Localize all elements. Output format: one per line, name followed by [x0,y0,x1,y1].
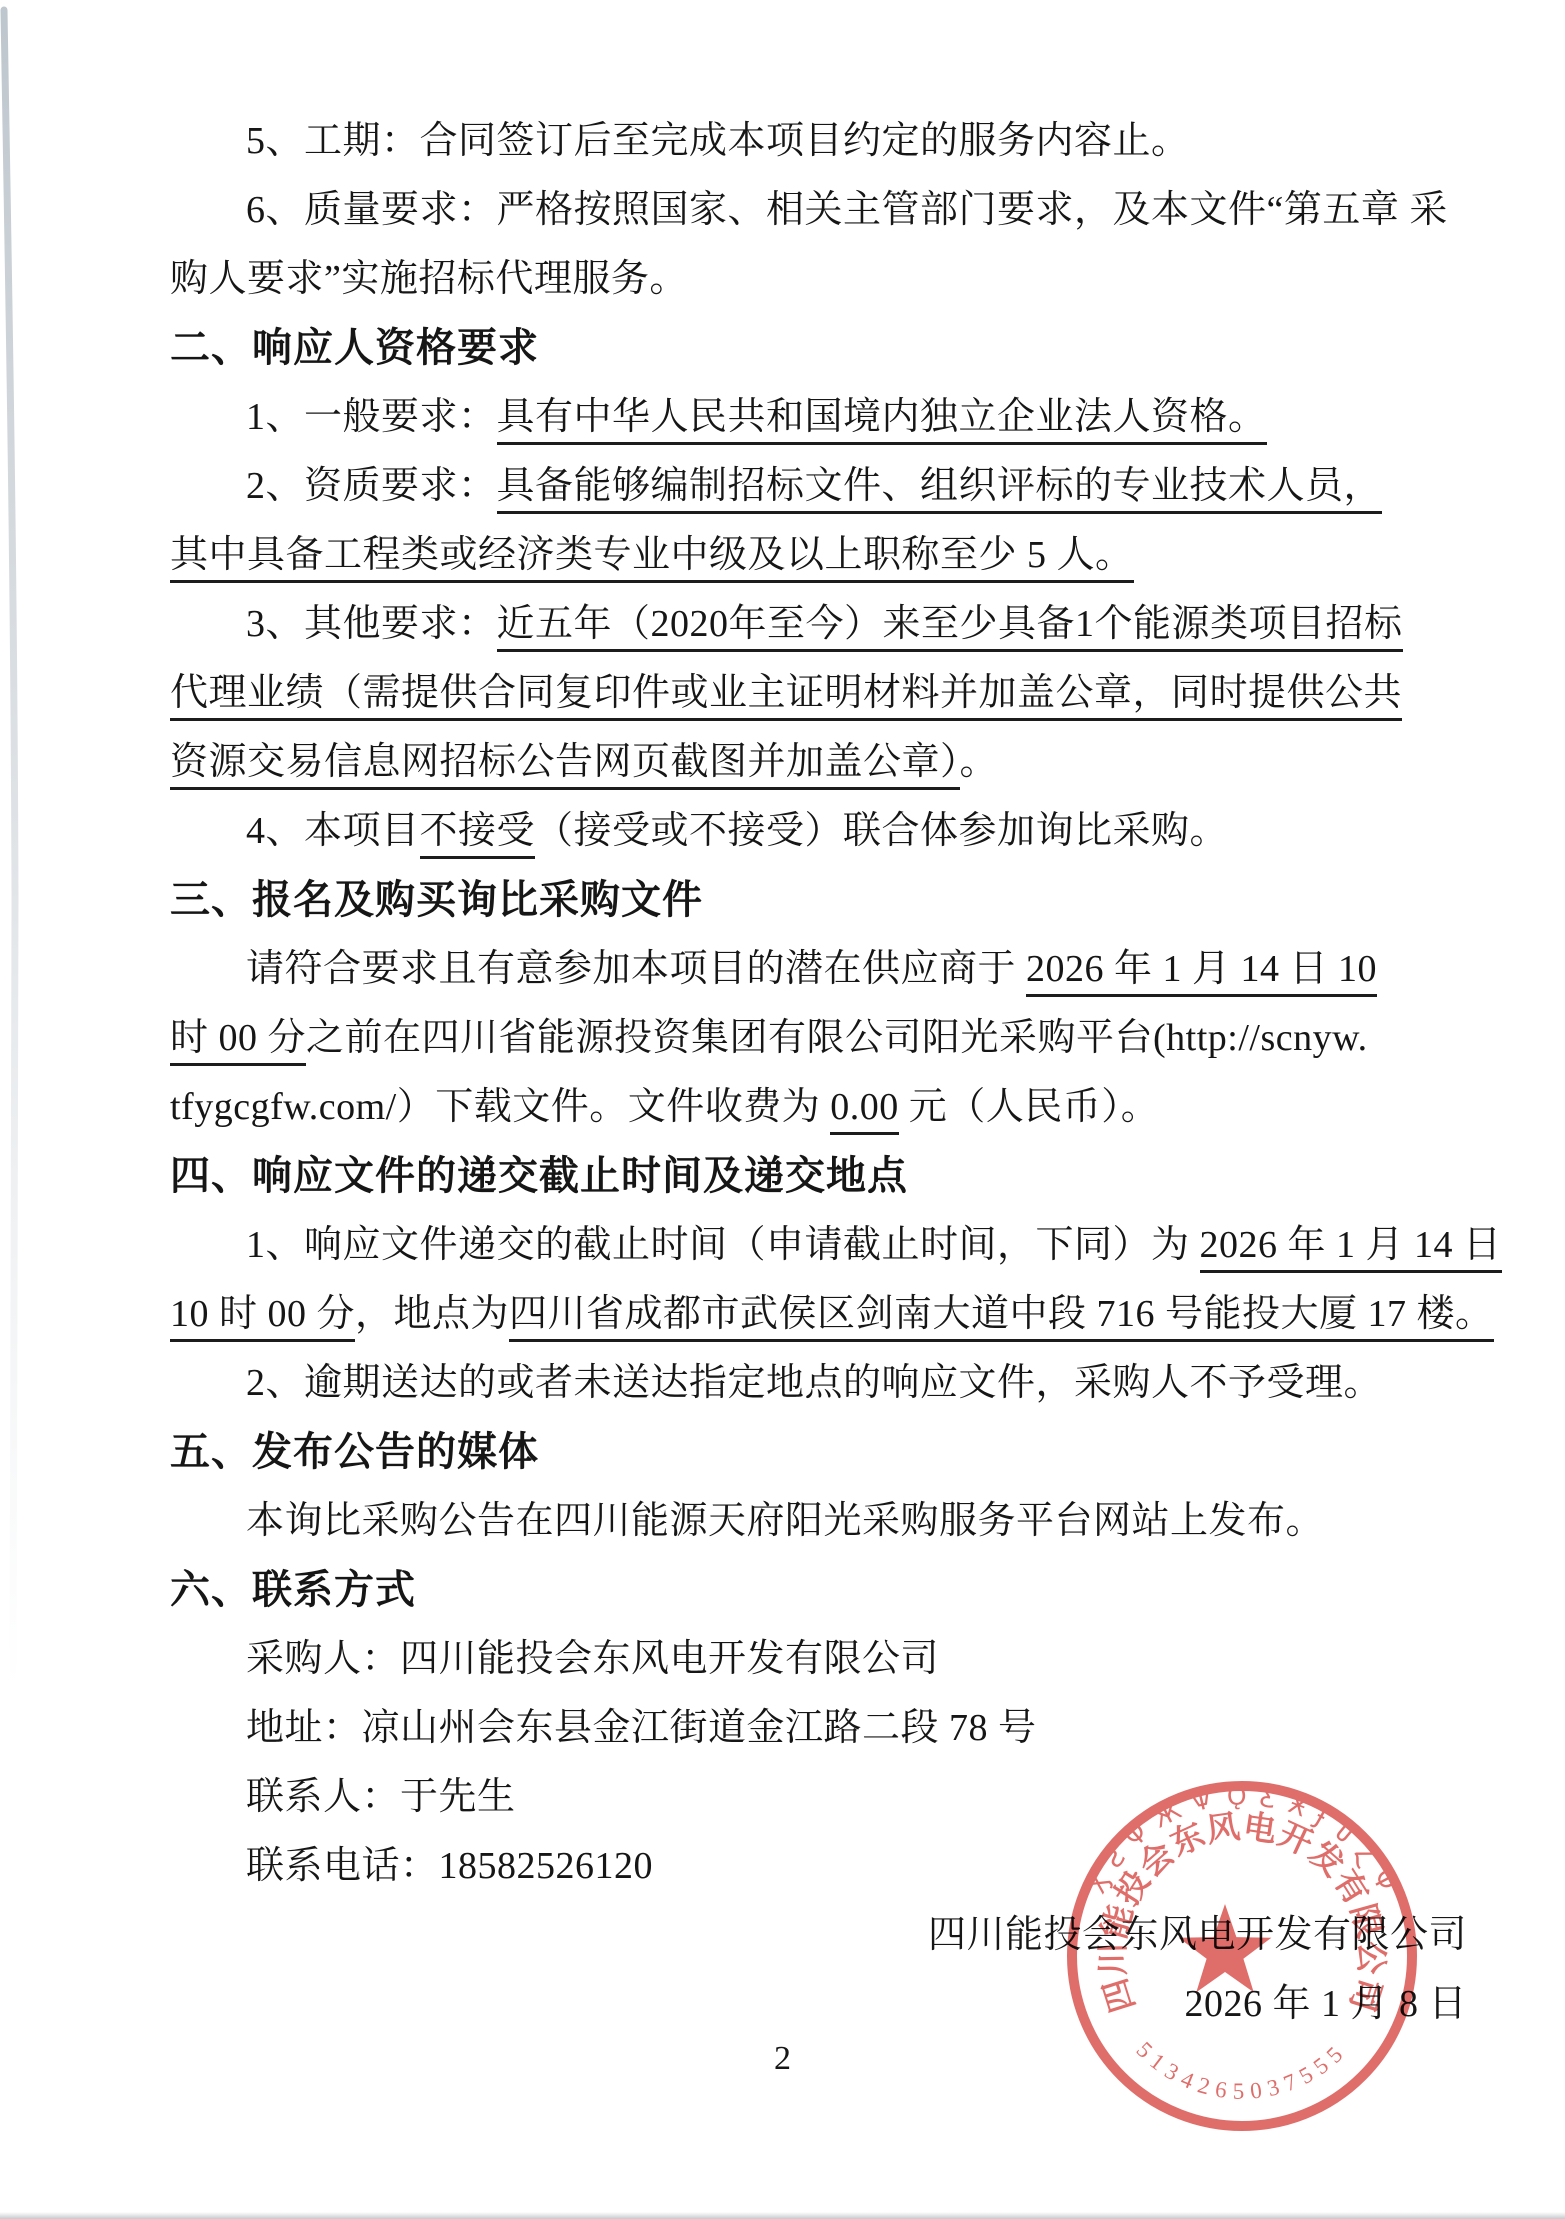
underlined-text: 具备能够编制招标文件、组织评标的专业技术人员， [497,465,1383,514]
underlined-text: 时 00 分 [170,1017,306,1066]
scan-edge-artifact [0,2212,1565,2219]
text-segment: 联系人：于先生 [246,1776,516,1818]
text-segment: （接受或不接受）联合体参加询比采购。 [535,810,1228,852]
document-line: 2026 年 1 月 8 日 [170,1970,1467,2039]
text-segment: 元（人民币）。 [899,1086,1160,1128]
text-segment: 四川能投会东风电开发有限公司 [928,1914,1467,1956]
section-heading: 二、响应人资格要求 [170,314,1467,383]
text-segment: 三、报名及购买询比采购文件 [170,878,703,922]
text-segment: 二、响应人资格要求 [170,326,539,370]
underlined-text: 资源交易信息网招标公告网页截图并加盖公章） [170,741,960,790]
text-segment: 四、响应文件的递交截止时间及递交地点 [170,1154,908,1198]
text-segment: 2026 年 1 月 8 日 [1184,1983,1467,2025]
section-heading: 三、报名及购买询比采购文件 [170,866,1467,935]
text-segment: 购人要求”实施招标代理服务。 [170,258,688,300]
underlined-text: 四川省成都市武侯区剑南大道中段 716 号能投大厦 17 楼。 [509,1293,1494,1342]
text-segment: 3、其他要求： [246,603,497,645]
text-segment: 五、发布公告的媒体 [170,1430,539,1474]
text-segment: 本询比采购公告在四川能源天府阳光采购服务平台网站上发布。 [246,1500,1324,1542]
text-segment: 六、联系方式 [170,1568,416,1612]
document-line: 购人要求”实施招标代理服务。 [170,245,1467,314]
document-page: 5、工期：合同签订后至完成本项目约定的服务内容止。6、质量要求：严格按照国家、相… [0,0,1565,2219]
document-content: 5、工期：合同签订后至完成本项目约定的服务内容止。6、质量要求：严格按照国家、相… [170,107,1467,2039]
document-line: 1、一般要求：具有中华人民共和国境内独立企业法人资格。 [170,383,1467,452]
text-segment: 6、质量要求：严格按照国家、相关主管部门要求，及本文件“第五章 采 [246,189,1448,231]
text-segment: tfygcgfw.com/）下载文件。文件收费为 [170,1086,830,1128]
document-line: 6、质量要求：严格按照国家、相关主管部门要求，及本文件“第五章 采 [170,176,1467,245]
text-segment: 。 [960,741,999,783]
document-line: tfygcgfw.com/）下载文件。文件收费为 0.00 元（人民币）。 [170,1073,1467,1142]
document-line: 4、本项目不接受（接受或不接受）联合体参加询比采购。 [170,797,1467,866]
underlined-text: 10 时 00 分 [170,1293,355,1342]
text-segment: 5、工期：合同签订后至完成本项目约定的服务内容止。 [246,120,1190,162]
underlined-text: 不接受 [420,810,536,859]
document-line: 联系人：于先生 [170,1763,1467,1832]
scan-edge-artifact [0,0,26,1700]
document-line: 代理业绩（需提供合同复印件或业主证明材料并加盖公章，同时提供公共 [170,659,1467,728]
underlined-text: 具有中华人民共和国境内独立企业法人资格。 [497,396,1267,445]
document-line: 资源交易信息网招标公告网页截图并加盖公章）。 [170,728,1467,797]
section-heading: 六、联系方式 [170,1556,1467,1625]
document-line: 地址：凉山州会东县金江街道金江路二段 78 号 [170,1694,1467,1763]
underlined-text: 2026 年 1 月 14 日 10 [1026,948,1377,997]
document-line: 5、工期：合同签订后至完成本项目约定的服务内容止。 [170,107,1467,176]
document-line: 采购人：四川能投会东风电开发有限公司 [170,1625,1467,1694]
text-segment: 之前在四川省能源投资集团有限公司阳光采购平台(http://scnyw. [306,1017,1368,1059]
underlined-text: 近五年（2020年至今）来至少具备1个能源类项目招标 [497,603,1403,652]
document-line: 四川能投会东风电开发有限公司 [170,1901,1467,1970]
document-line: 2、资质要求：具备能够编制招标文件、组织评标的专业技术人员， [170,452,1467,521]
text-segment: ，地点为 [355,1293,509,1335]
text-segment: 请符合要求且有意参加本项目的潜在供应商于 [246,948,1026,990]
text-segment: 1、一般要求： [246,396,497,438]
section-heading: 四、响应文件的递交截止时间及递交地点 [170,1142,1467,1211]
text-segment: 2、逾期送达的或者未送达指定地点的响应文件，采购人不予受理。 [246,1362,1382,1404]
document-line: 本询比采购公告在四川能源天府阳光采购服务平台网站上发布。 [170,1487,1467,1556]
document-line: 时 00 分之前在四川省能源投资集团有限公司阳光采购平台(http://scny… [170,1004,1467,1073]
text-segment: 2、资质要求： [246,465,497,507]
text-segment: 地址：凉山州会东县金江街道金江路二段 78 号 [246,1707,1037,1749]
document-line: 其中具备工程类或经济类专业中级及以上职称至少 5 人。 [170,521,1467,590]
document-line: 2、逾期送达的或者未送达指定地点的响应文件，采购人不予受理。 [170,1349,1467,1418]
underlined-text: 代理业绩（需提供合同复印件或业主证明材料并加盖公章，同时提供公共 [170,672,1402,721]
text-segment: 4、本项目 [246,810,420,852]
underlined-text: 2026 年 1 月 14 日 [1200,1224,1502,1273]
document-line: 10 时 00 分，地点为四川省成都市武侯区剑南大道中段 716 号能投大厦 1… [170,1280,1467,1349]
text-segment: 1、响应文件递交的截止时间（申请截止时间，下同）为 [246,1224,1200,1266]
text-segment: 采购人：四川能投会东风电开发有限公司 [246,1638,939,1680]
text-segment: 联系电话：18582526120 [246,1845,653,1887]
document-line: 联系电话：18582526120 [170,1832,1467,1901]
underlined-text: 其中具备工程类或经济类专业中级及以上职称至少 5 人。 [170,534,1134,583]
document-line: 3、其他要求：近五年（2020年至今）来至少具备1个能源类项目招标 [170,590,1467,659]
document-line: 1、响应文件递交的截止时间（申请截止时间，下同）为 2026 年 1 月 14 … [170,1211,1467,1280]
document-line: 请符合要求且有意参加本项目的潜在供应商于 2026 年 1 月 14 日 10 [170,935,1467,1004]
underlined-text: 0.00 [830,1086,899,1135]
page-number: 2 [0,2040,1565,2078]
section-heading: 五、发布公告的媒体 [170,1418,1467,1487]
